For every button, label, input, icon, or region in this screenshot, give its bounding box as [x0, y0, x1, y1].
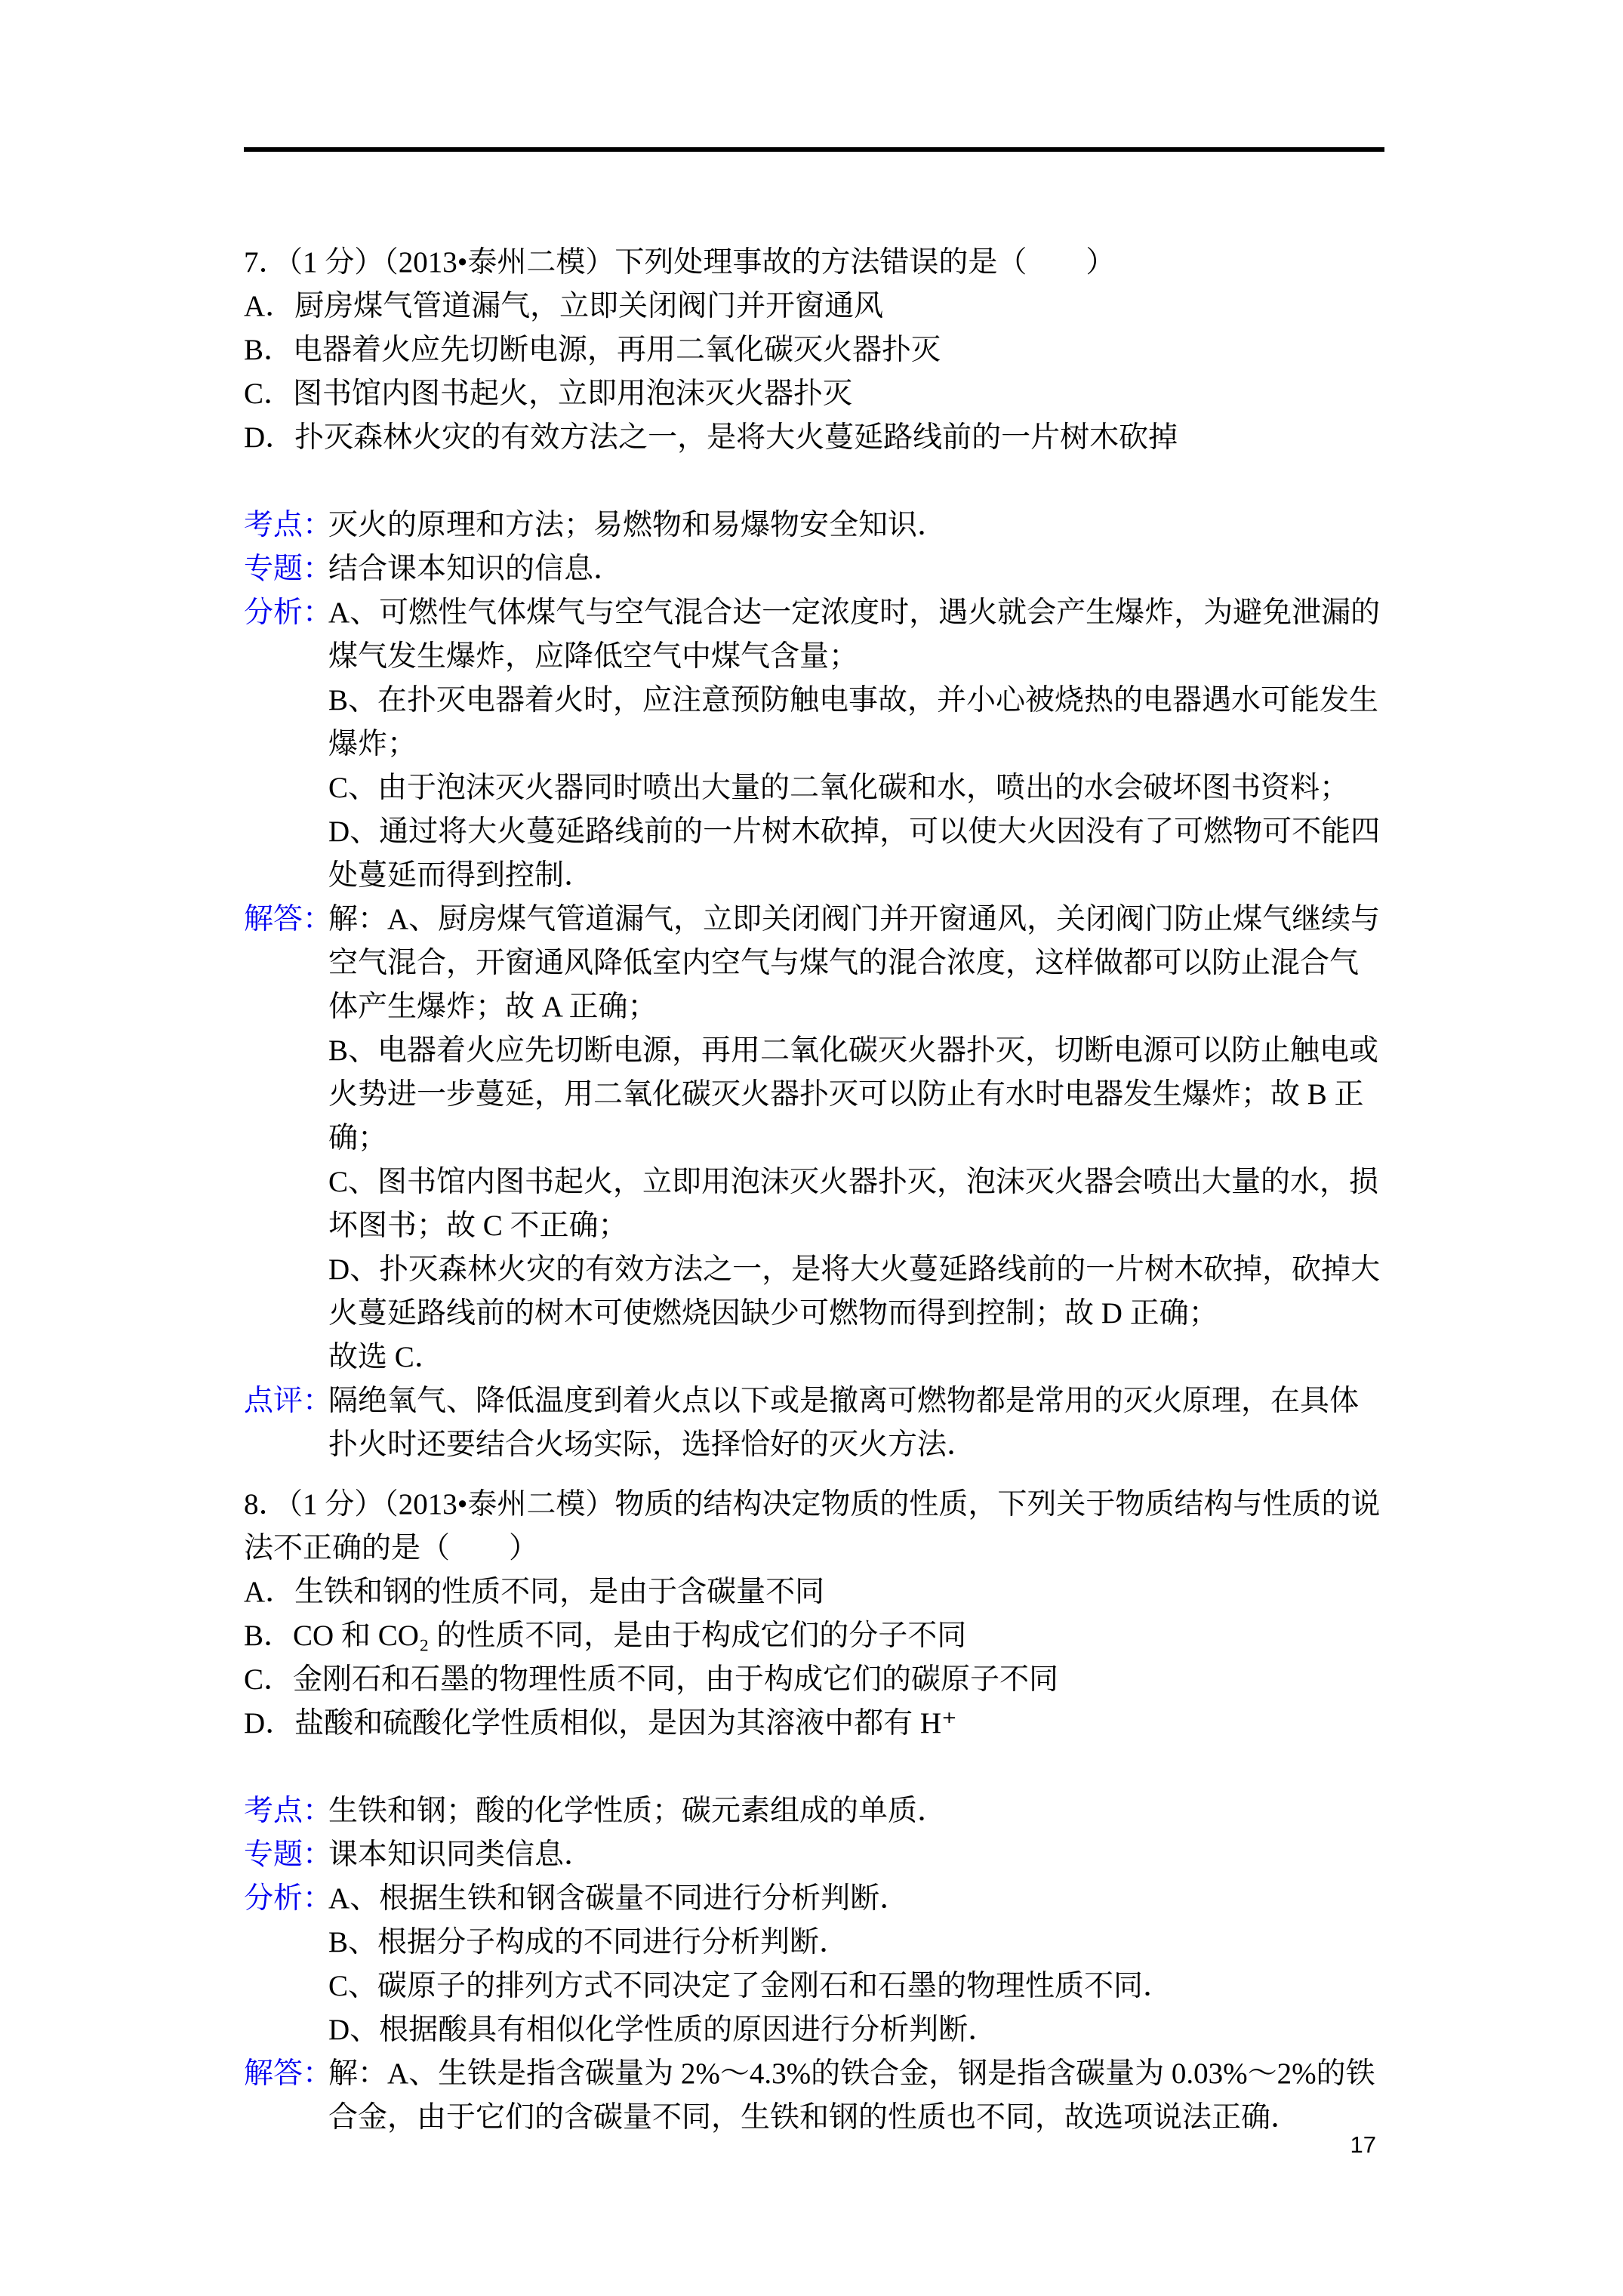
q7-zhuanti-row: 专题：结合课本知识的信息． — [244, 547, 1384, 591]
q7-jieda-row-b: B、电器着火应先切断电源，再用二氧化碳灭火器扑灭，切断电源可以防止触电或火势进一… — [244, 1029, 1384, 1160]
q7-jieda-row-a: 解答：解：A、厨房煤气管道漏气，立即关闭阀门并开窗通风，关闭阀门防止煤气继续与空… — [244, 898, 1384, 1029]
blank-line — [244, 1746, 1384, 1789]
q7-zhuanti-label: 专题： — [244, 547, 328, 591]
q8-fenxi-label: 分析： — [244, 1877, 328, 1921]
q7-kaodian-text: 灭火的原理和方法；易燃物和易爆物安全知识． — [328, 509, 947, 541]
q7-fenxi-item-a: A、可燃性气体煤气与空气混合达一定浓度时，遇火就会产生爆炸，为避免泄漏的煤气发生… — [328, 596, 1380, 673]
q7-fenxi-row-d: D、通过将大火蔓延路线前的一片树木砍掉，可以使大火因没有了可燃物可不能四处蔓延而… — [244, 810, 1384, 898]
question-7: 7．（1 分）（2013•泰州二模）下列处理事故的方法错误的是（ ） A．厨房煤… — [244, 241, 1384, 1467]
q7-jieda-item-a: 解：A、厨房煤气管道漏气，立即关闭阀门并开窗通风，关闭阀门防止煤气继续与空气混合… — [328, 903, 1380, 1023]
blank-line — [244, 460, 1384, 504]
q8-jieda-row-a: 解答：解：A、生铁是指含碳量为 2%～4.3%的铁合金，钢是指含碳量为 0.03… — [244, 2052, 1384, 2140]
question-7-option-a: A．厨房煤气管道漏气，立即关闭阀门并开窗通风 — [244, 285, 1384, 328]
q8-kaodian-text: 生铁和钢；酸的化学性质；碳元素组成的单质． — [328, 1795, 947, 1827]
q8-zhuanti-row: 专题：课本知识同类信息． — [244, 1833, 1384, 1877]
question-8-stem: 8．（1 分）（2013•泰州二模）物质的结构决定物质的性质，下列关于物质结构与… — [244, 1483, 1384, 1570]
q7-kaodian-row: 考点：灭火的原理和方法；易燃物和易爆物安全知识． — [244, 504, 1384, 547]
q7-fenxi-row-b: B、在扑灭电器着火时，应注意预防触电事故，并小心被烧热的电器遇水可能发生爆炸； — [244, 679, 1384, 766]
question-7-option-c: C．图书馆内图书起火，立即用泡沫灭火器扑灭 — [244, 372, 1384, 416]
page-content: 7．（1 分）（2013•泰州二模）下列处理事故的方法错误的是（ ） A．厨房煤… — [244, 0, 1384, 2140]
q7-jieda-label: 解答： — [244, 898, 328, 942]
document-page: 7．（1 分）（2013•泰州二模）下列处理事故的方法错误的是（ ） A．厨房煤… — [0, 0, 1623, 2296]
question-7-option-d: D．扑灭森林火灾的有效方法之一，是将大火蔓延路线前的一片树木砍掉 — [244, 416, 1384, 460]
q8-fenxi-row-a: 分析：A、根据生铁和钢含碳量不同进行分析判断． — [244, 1877, 1384, 1921]
q7-zhuanti-text: 结合课本知识的信息． — [328, 553, 623, 585]
q8-jieda-label: 解答： — [244, 2052, 328, 2096]
q7-fenxi-row-c: C、由于泡沫灭火器同时喷出大量的二氧化碳和水，喷出的水会破坏图书资料； — [244, 766, 1384, 810]
q7-dianping-label: 点评： — [244, 1379, 328, 1423]
question-8-option-c: C．金刚石和石墨的物理性质不同，由于构成它们的碳原子不同 — [244, 1658, 1384, 1702]
q7-jieda-row-c: C、图书馆内图书起火，立即用泡沫灭火器扑灭，泡沫灭火器会喷出大量的水，损坏图书；… — [244, 1160, 1384, 1248]
q7-jieda-conclusion: 故选 C． — [244, 1336, 1384, 1379]
q8-fenxi-row-d: D、根据酸具有相似化学性质的原因进行分析判断． — [244, 2008, 1384, 2052]
header-rule — [244, 147, 1384, 152]
page-number: 17 — [1350, 2131, 1376, 2159]
q7-fenxi-row-a: 分析：A、可燃性气体煤气与空气混合达一定浓度时，遇火就会产生爆炸，为避免泄漏的煤… — [244, 591, 1384, 679]
q8-kaodian-label: 考点： — [244, 1789, 328, 1833]
question-8-option-b: B．CO 和 CO₂ 的性质不同，是由于构成它们的分子不同 — [244, 1614, 1384, 1658]
q8-zhuanti-label: 专题： — [244, 1833, 328, 1877]
q7-kaodian-label: 考点： — [244, 504, 328, 547]
q8-fenxi-item-a: A、根据生铁和钢含碳量不同进行分析判断． — [328, 1882, 909, 1915]
question-8: 8．（1 分）（2013•泰州二模）物质的结构决定物质的性质，下列关于物质结构与… — [244, 1483, 1384, 2140]
q8-fenxi-row-c: C、碳原子的排列方式不同决定了金刚石和石墨的物理性质不同． — [244, 1965, 1384, 2008]
q7-dianping-text: 隔绝氧气、降低温度到着火点以下或是撤离可燃物都是常用的灭火原理，在具体扑火时还要… — [328, 1385, 1359, 1461]
question-7-option-b: B．电器着火应先切断电源，再用二氧化碳灭火器扑灭 — [244, 328, 1384, 372]
q7-fenxi-label: 分析： — [244, 591, 328, 635]
q8-kaodian-row: 考点：生铁和钢；酸的化学性质；碳元素组成的单质． — [244, 1789, 1384, 1833]
q7-jieda-row-d: D、扑灭森林火灾的有效方法之一，是将大火蔓延路线前的一片树木砍掉，砍掉大火蔓延路… — [244, 1248, 1384, 1336]
question-8-option-d: D．盐酸和硫酸化学性质相似，是因为其溶液中都有 H⁺ — [244, 1702, 1384, 1746]
q8-jieda-item-a: 解：A、生铁是指含碳量为 2%～4.3%的铁合金，钢是指含碳量为 0.03%～2… — [328, 2057, 1375, 2134]
q8-fenxi-row-b: B、根据分子构成的不同进行分析判断． — [244, 1921, 1384, 1965]
question-7-stem: 7．（1 分）（2013•泰州二模）下列处理事故的方法错误的是（ ） — [244, 241, 1384, 285]
q8-zhuanti-text: 课本知识同类信息． — [328, 1838, 593, 1871]
question-8-option-a: A．生铁和钢的性质不同，是由于含碳量不同 — [244, 1570, 1384, 1614]
q7-dianping-row: 点评：隔绝氧气、降低温度到着火点以下或是撤离可燃物都是常用的灭火原理，在具体扑火… — [244, 1379, 1384, 1467]
